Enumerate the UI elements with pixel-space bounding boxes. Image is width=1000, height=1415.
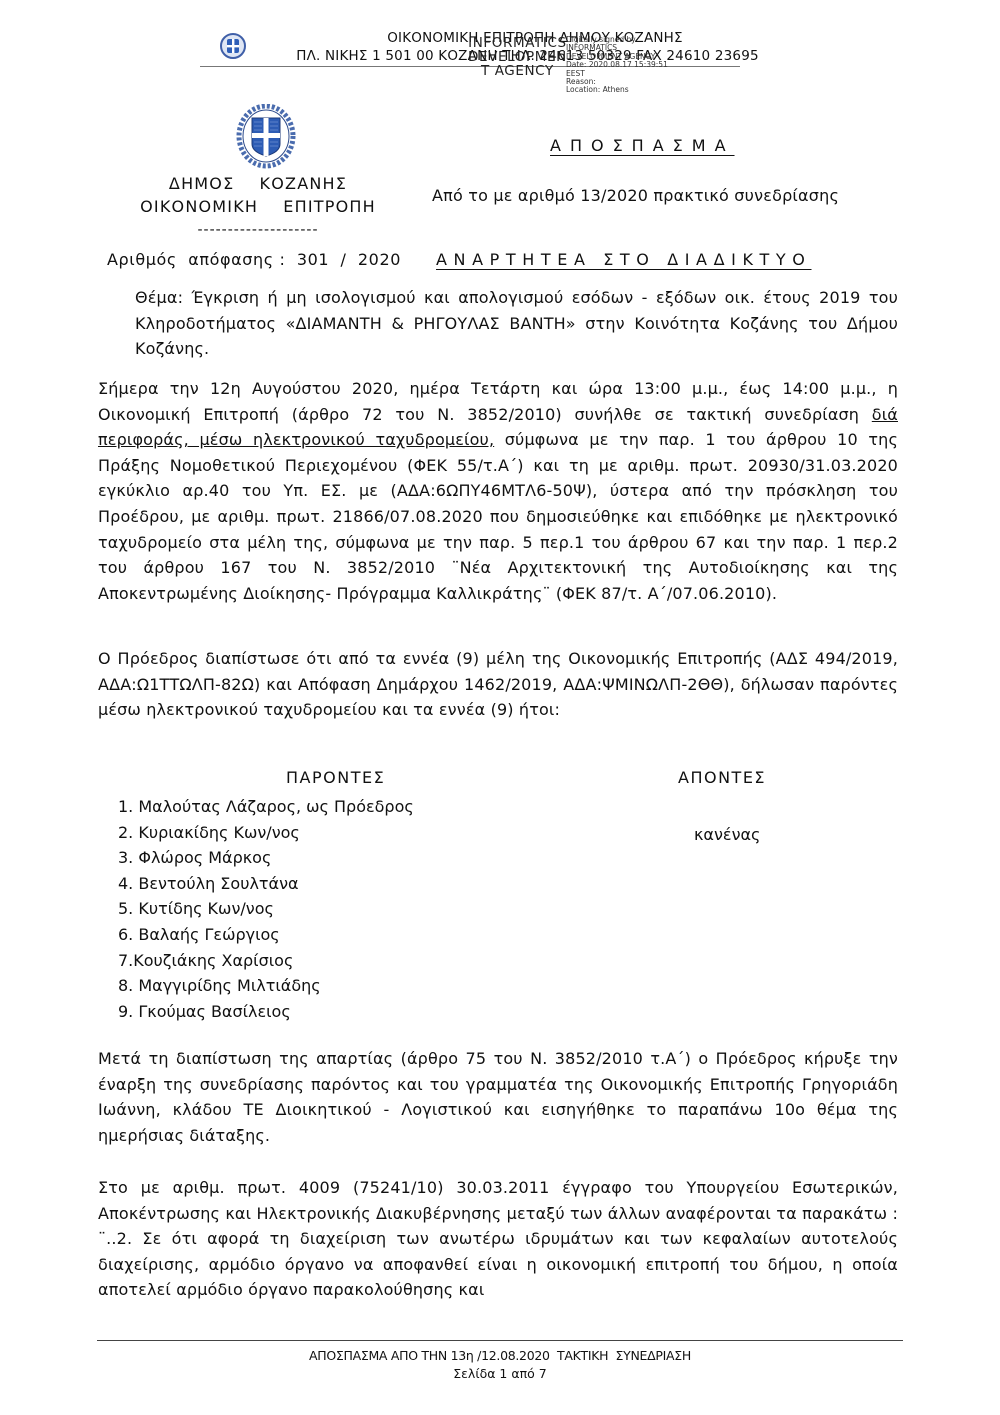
signature-overlay-line: DEVELOPMEN [468,50,567,64]
publish-notice: ΑΝΑΡΤΗΤΕΑ ΣΤΟ ΔΙΑΔΙΚΤΥΟ [436,250,812,269]
meeting-text-start: Σήμερα την 12η Αυγούστου 2020, ημέρα Τετ… [98,379,898,424]
opening-paragraph: Μετά τη διαπίστωση της απαρτίας (άρθρο 7… [98,1046,898,1148]
present-header: ΠΑΡΟΝΤΕΣ [286,768,385,787]
meeting-paragraph: Σήμερα την 12η Αυγούστου 2020, ημέρα Τετ… [98,376,898,606]
subject: Θέμα: Έγκριση ή μη ισολογισμού και απολο… [135,285,898,362]
signature-detail: Location: Athens [566,86,668,94]
decision-number: Αριθμός απόφασης : 301 / 2020 [107,250,401,269]
signature-overlay-line: T AGENCY [468,64,567,78]
list-item: 9. Γκούμας Βασίλειος [118,999,414,1025]
signature-overlay: INFORMATICS DEVELOPMEN T AGENCY [468,36,567,78]
ministry-paragraph: Στο με αριθμ. πρωτ. 4009 (75241/10) 30.0… [98,1175,898,1303]
absent-members: κανένας [694,825,760,844]
list-item: 5. Κυτίδης Κων/νος [118,896,414,922]
list-item: 6. Βαλαής Γεώργιος [118,922,414,948]
footer-rule [97,1340,903,1341]
list-item: 8. Μαγγιρίδης Μιλτιάδης [118,973,414,999]
meeting-text-end: σύμφωνα με την παρ. 1 του άρθρου 10 της … [98,430,898,603]
hellenic-emblem-icon [236,104,296,170]
absent-header: ΑΠΟΝΤΕΣ [678,768,766,787]
quorum-paragraph: Ο Πρόεδρος διαπίστωσε ότι από τα εννέα (… [98,646,898,723]
present-members-list: 1. Μαλούτας Λάζαρος, ως Πρόεδρος 2. Κυρι… [118,794,414,1024]
municipality-name: ΔΗΜΟΣ ΚΟΖΑΝΗΣ [108,172,408,195]
signature-overlay-line: INFORMATICS [468,36,567,50]
document-title: ΑΠΟΣΠΑΣΜΑ [550,136,735,155]
issuer-block: ΔΗΜΟΣ ΚΟΖΑΝΗΣ ΟΙΚΟΝΟΜΙΚΗ ΕΠΙΤΡΟΠΗ [108,172,408,218]
separator-dashes: -------------------- [138,222,378,238]
footer-title: ΑΠΟΣΠΑΣΜΑ ΑΠΟ ΤΗΝ 13η /12.08.2020 ΤΑΚΤΙΚ… [0,1348,1000,1363]
list-item: 7.Κουζιάκης Χαρίσιος [118,948,414,974]
committee-name: ΟΙΚΟΝΟΜΙΚΗ ΕΠΙΤΡΟΠΗ [108,195,408,218]
list-item: 3. Φλώρος Μάρκος [118,845,414,871]
list-item: 4. Βεντούλη Σουλτάνα [118,871,414,897]
minutes-reference: Από το με αριθμό 13/2020 πρακτικό συνεδρ… [432,186,839,205]
list-item: 2. Κυριακίδης Κων/νος [118,820,414,846]
page-number: Σελίδα 1 από 7 [0,1366,1000,1381]
list-item: 1. Μαλούτας Λάζαρος, ως Πρόεδρος [118,794,414,820]
signature-details: Digitally signed by INFORMATICS DEVELOPM… [566,36,668,95]
